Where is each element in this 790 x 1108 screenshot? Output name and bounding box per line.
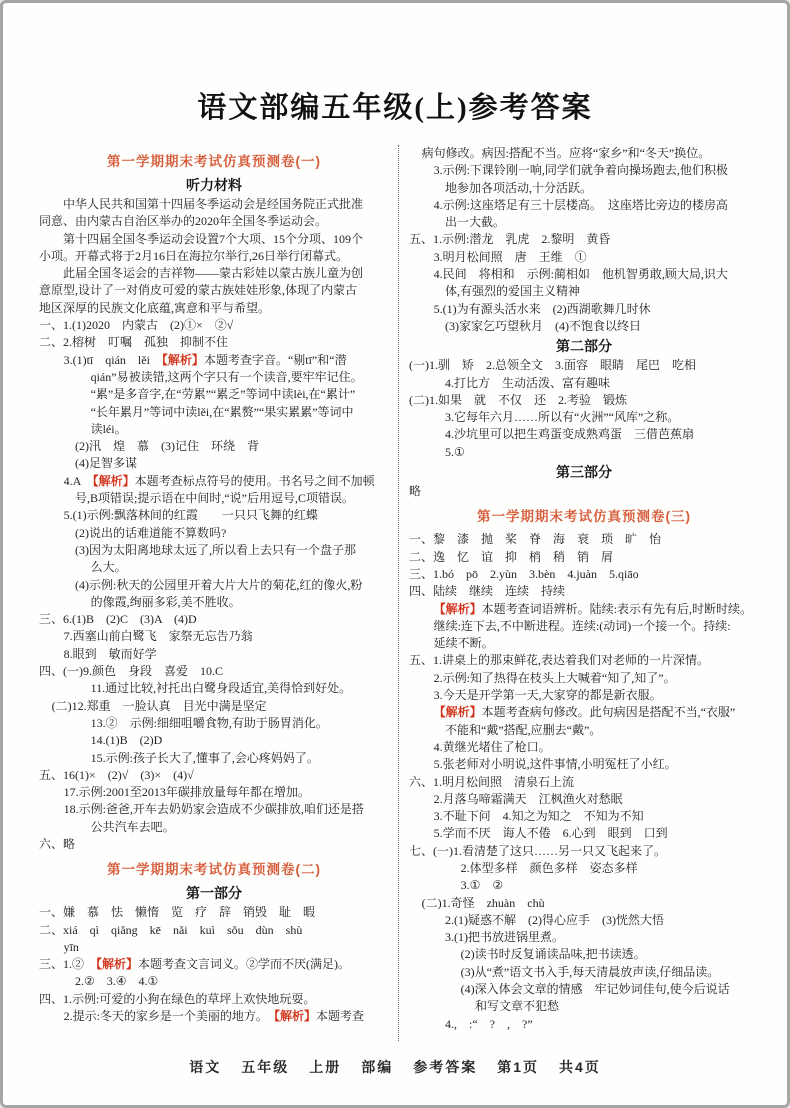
analysis-marker: 【解析】 xyxy=(274,1009,316,1023)
answer-line: 4.沙坑里可以把生鸡蛋变成熟鸡蛋 三借芭蕉扇 xyxy=(409,426,759,443)
answer-line: 7.西塞山前白鹭飞 家祭无忘告乃翁 xyxy=(39,628,389,645)
footer-item: 第1页 xyxy=(497,1057,539,1077)
answer-line: 小项。开幕式将于2月16日在海拉尔举行,26日举行闭幕式。 xyxy=(39,248,389,265)
answer-line: 3.① ② xyxy=(409,877,759,894)
footer-item: 语文 xyxy=(189,1057,221,1077)
answer-line: 不能和“戴”搭配,应删去“戴”。 xyxy=(409,722,759,739)
answer-line: 四、1.示例:可爱的小狗在绿色的草坪上欢快地玩耍。 xyxy=(39,991,389,1008)
answer-line: (2)读书时反复诵读品味,把书读透。 xyxy=(409,946,759,963)
answer-line: 一、嫌 慕 怯 懒惰 览 疗 辞 销毁 耻 暇 xyxy=(39,904,389,921)
answer-line: (4)足智多谋 xyxy=(39,455,389,472)
answer-line: (2)说出的话难道能不算数吗? xyxy=(39,525,389,542)
answer-line: 公共汽车去吧。 xyxy=(39,819,389,836)
answer-line: 的像霞,绚丽多彩,美不胜收。 xyxy=(39,594,389,611)
footer-item: 参考答案 xyxy=(413,1057,477,1077)
answer-line: 五、1.示例:潜龙 乳虎 2.黎明 黄昏 xyxy=(409,231,759,248)
answer-line: 七、(一)1.看清楚了这只……另一只又飞起来了。 xyxy=(409,843,759,860)
answer-line: 5.(1)为有源头活水来 (2)西湖歌舞几时休 xyxy=(409,301,759,318)
part-subheader: 第一部分 xyxy=(39,884,389,902)
answer-line: 13.② 示例:细细咀嚼食物,有助于肠胃消化。 xyxy=(39,715,389,732)
answer-line: 六、略 xyxy=(39,836,389,853)
answer-line: 继续:连下去,不中断进程。连续:(动词)一个接一个。持续: xyxy=(409,618,759,635)
footer-item: 上册 xyxy=(309,1057,341,1077)
answer-line: yīn xyxy=(39,939,389,956)
answer-line: 3.示例:下课铃刚一响,同学们就争着向操场跑去,他们积极 xyxy=(409,162,759,179)
answer-line: (3)家家乞巧望秋月 (4)不饱食以终日 xyxy=(409,318,759,335)
answer-line: 17.示例:2001至2013年碳排放量每年都在增加。 xyxy=(39,784,389,801)
title-row: 语文部编五年级(上)参考答案 xyxy=(3,85,787,126)
answer-line: (二)1.如果 就 不仅 还 2.考验 锻炼 xyxy=(409,392,759,409)
answer-line: 2.体型多样 颜色多样 姿态多样 xyxy=(409,860,759,877)
page-title: 语文部编五年级(上)参考答案 xyxy=(197,92,592,124)
answer-line: 2.提示:冬天的家乡是一个美丽的地方。 【解析】本题考查 xyxy=(39,1008,389,1025)
answer-line: qián”易被读错,这两个字只有一个读音,要牢牢记住。 xyxy=(39,369,389,386)
answer-line: 四、(一)9.颜色 身段 喜爱 10.C xyxy=(39,663,389,680)
analysis-marker: 【解析】 xyxy=(93,474,135,488)
section-header: 第一学期期末考试仿真预测卷(三) xyxy=(409,508,759,526)
answer-line: 一、1.(1)2020 内蒙古 (2)①× ②√ xyxy=(39,317,389,334)
answer-line: (4)示例:秋天的公园里开着大片大片的菊花,红的像火,粉 xyxy=(39,577,389,594)
answer-line: (二)12.郑重 一脸认真 目光中满是坚定 xyxy=(39,698,389,715)
answer-line: 【解析】本题考查病句修改。此句病因是搭配不当,“衣服” xyxy=(409,704,759,721)
answer-line: 和写文章不犯愁 xyxy=(409,998,759,1015)
answer-line: 四、陆续 继续 连续 持续 xyxy=(409,583,759,600)
answer-line: 3.不耻下问 4.知之为知之 不知为不知 xyxy=(409,808,759,825)
answer-line: 【解析】本题考查词语辨析。陆续:表示有先有后,时断时续。 xyxy=(409,601,759,618)
answer-line: 3.今天是开学第一天,大家穿的都是新衣服。 xyxy=(409,687,759,704)
answer-line: 读léi。 xyxy=(39,421,389,438)
answer-line: 么大。 xyxy=(39,559,389,576)
analysis-marker: 【解析】 xyxy=(96,957,138,971)
answer-line: 同意、由内蒙古自治区举办的2020年全国冬季运动会。 xyxy=(39,213,389,230)
answer-line: 二、逸 忆 谊 抑 梢 稍 销 屑 xyxy=(409,549,759,566)
answer-line: 3.(1)tī qián lěi 【解析】本题考查字音。“剔tī”和“潜 xyxy=(39,352,389,369)
answer-line: 地区深厚的民族文化底蕴,寓意和平与希望。 xyxy=(39,300,389,317)
answer-line: 号,B项错误;提示语在中间时,“说”后用逗号,C项错误。 xyxy=(39,490,389,507)
answer-line: 4.民间 将相和 示例:蔺相如 他机智勇敢,顾大局,识大 xyxy=(409,266,759,283)
answer-line: (二)1.奇怪 zhuàn chù xyxy=(409,895,759,912)
footer-item: 共4页 xyxy=(559,1057,601,1077)
answer-line: “累”是多音字,在“劳累”“累乏”等词中读lèi,在“累计” xyxy=(39,386,389,403)
answer-line: 六、1.明月松间照 清泉石上流 xyxy=(409,774,759,791)
right-column: 病句修改。病因:搭配不当。应将“家乡”和“冬天”换位。3.示例:下课铃刚一响,同… xyxy=(399,145,759,1041)
answer-line: 2.(1)疑惑不解 (2)得心应手 (3)恍然大悟 xyxy=(409,912,759,929)
footer-item: 部编 xyxy=(361,1057,393,1077)
answer-line: 二、xiá qì qiǎng kē nǎi kuì sǒu dùn shù xyxy=(39,922,389,939)
answer-line: (4)深入体会文章的情感 牢记妙词佳句,使今后说话 xyxy=(409,981,759,998)
answer-line: 3.明月松间照 唐 王维 ① xyxy=(409,249,759,266)
answer-line: 第十四届全国冬季运动会设置7个大项、15个分项、109个 xyxy=(39,231,389,248)
answer-line: 二、2.榕树 叮嘱 孤独 抑制不住 xyxy=(39,334,389,351)
answer-line: 4.A 【解析】本题考查标点符号的使用。书名号之间不加顿 xyxy=(39,473,389,490)
section-header: 第一学期期末考试仿真预测卷(二) xyxy=(39,861,389,879)
answer-line: 意原型,设计了一对俏皮可爱的蒙古族娃娃形象,体现了内蒙古 xyxy=(39,282,389,299)
answer-line: 五、1.讲桌上的那束鲜花,表达着我们对老师的一片深情。 xyxy=(409,652,759,669)
answer-line: 中华人民共和国第十四届冬季运动会是经国务院正式批准 xyxy=(39,196,389,213)
part-subheader: 第二部分 xyxy=(409,337,759,355)
answer-line: 5.学而不厌 诲人不倦 6.心到 眼到 口到 xyxy=(409,825,759,842)
footer-item: 五年级 xyxy=(241,1057,289,1077)
answer-line: 体,有强烈的爱国主义精神 xyxy=(409,283,759,300)
answer-line: (2)汛 煌 慕 (3)记住 环绕 背 xyxy=(39,438,389,455)
answer-line: 8.眼到 敏而好学 xyxy=(39,646,389,663)
answer-line: 14.(1)B (2)D xyxy=(39,732,389,749)
analysis-marker: 【解析】 xyxy=(162,353,204,367)
analysis-marker: 【解析】 xyxy=(434,602,482,616)
answer-line: 三、1.bó pō 2.yùn 3.bèn 4.juàn 5.qiāo xyxy=(409,566,759,583)
answer-line: “长年累月”等词中读lěi,在“累赘”“果实累累”等词中 xyxy=(39,404,389,421)
left-column: 第一学期期末考试仿真预测卷(一)听力材料中华人民共和国第十四届冬季运动会是经国务… xyxy=(39,145,398,1041)
answer-sheet-page: 语文部编五年级(上)参考答案 第一学期期末考试仿真预测卷(一)听力材料中华人民共… xyxy=(0,0,790,1108)
answer-line: 4.黄继光堵住了枪口。 xyxy=(409,739,759,756)
answer-line: 三、1.② 【解析】本题考查文言词义。②学而不厌(满足)。 xyxy=(39,956,389,973)
answer-line: 3.它每年六月……所以有“火洲”“风库”之称。 xyxy=(409,409,759,426)
answer-line: 出一大截。 xyxy=(409,214,759,231)
answer-line: 4.示例:这座塔足有三十层楼高。 这座塔比旁边的楼房高 xyxy=(409,197,759,214)
answer-line: 5.① xyxy=(409,444,759,461)
part-subheader: 听力材料 xyxy=(39,176,389,194)
page-footer: 语文五年级上册部编参考答案第1页共4页 xyxy=(3,1057,787,1077)
answer-columns: 第一学期期末考试仿真预测卷(一)听力材料中华人民共和国第十四届冬季运动会是经国务… xyxy=(39,145,759,1041)
answer-line: 略 xyxy=(409,483,759,500)
answer-line: 延续不断。 xyxy=(409,635,759,652)
answer-line: 5.张老师对小明说,这件事情,小明冤枉了小红。 xyxy=(409,756,759,773)
part-subheader: 第三部分 xyxy=(409,463,759,481)
answer-line: 地参加各项活动,十分活跃。 xyxy=(409,180,759,197)
analysis-marker: 【解析】 xyxy=(434,705,482,719)
answer-line: 4.打比方 生动活泼、富有趣味 xyxy=(409,375,759,392)
answer-line: 11.通过比较,衬托出白鹭身段适宜,美得恰到好处。 xyxy=(39,680,389,697)
answer-line: 2.② 3.④ 4.① xyxy=(39,973,389,990)
answer-line: 5.(1)示例:飘落林间的红霞 一只只飞舞的红蝶 xyxy=(39,507,389,524)
answer-line: 15.示例:孩子长大了,懂事了,会心疼妈妈了。 xyxy=(39,750,389,767)
answer-line: 三、6.(1)B (2)C (3)A (4)D xyxy=(39,611,389,628)
answer-line: 此届全国冬运会的吉祥物——蒙古彩娃以蒙古族儿童为创 xyxy=(39,265,389,282)
answer-line: 2.月落乌啼霜满天 江枫渔火对愁眠 xyxy=(409,791,759,808)
answer-line: 五、16(1)× (2)√ (3)× (4)√ xyxy=(39,767,389,784)
answer-line: 4., :“ ? , ?” xyxy=(409,1016,759,1033)
answer-line: (一)1.驯 矫 2.总领全文 3.面容 眼睛 尾巴 吃相 xyxy=(409,357,759,374)
answer-line: 2.示例:知了热得在枝头上大喊着“知了,知了”。 xyxy=(409,670,759,687)
section-header: 第一学期期末考试仿真预测卷(一) xyxy=(39,153,389,171)
answer-line: 3.(1)把书放进锅里煮。 xyxy=(409,929,759,946)
answer-line: 病句修改。病因:搭配不当。应将“家乡”和“冬天”换位。 xyxy=(409,145,759,162)
answer-line: 一、黎 漆 抛 桨 脊 海 衰 琐 旷 怡 xyxy=(409,531,759,548)
answer-line: (3)因为太阳离地球太远了,所以看上去只有一个盘子那 xyxy=(39,542,389,559)
answer-line: (3)从“煮”语文书入手,每天清晨放声读,仔细品读。 xyxy=(409,964,759,981)
answer-line: 18.示例:爸爸,开车去奶奶家会造成不少碳排放,咱们还是搭 xyxy=(39,801,389,818)
